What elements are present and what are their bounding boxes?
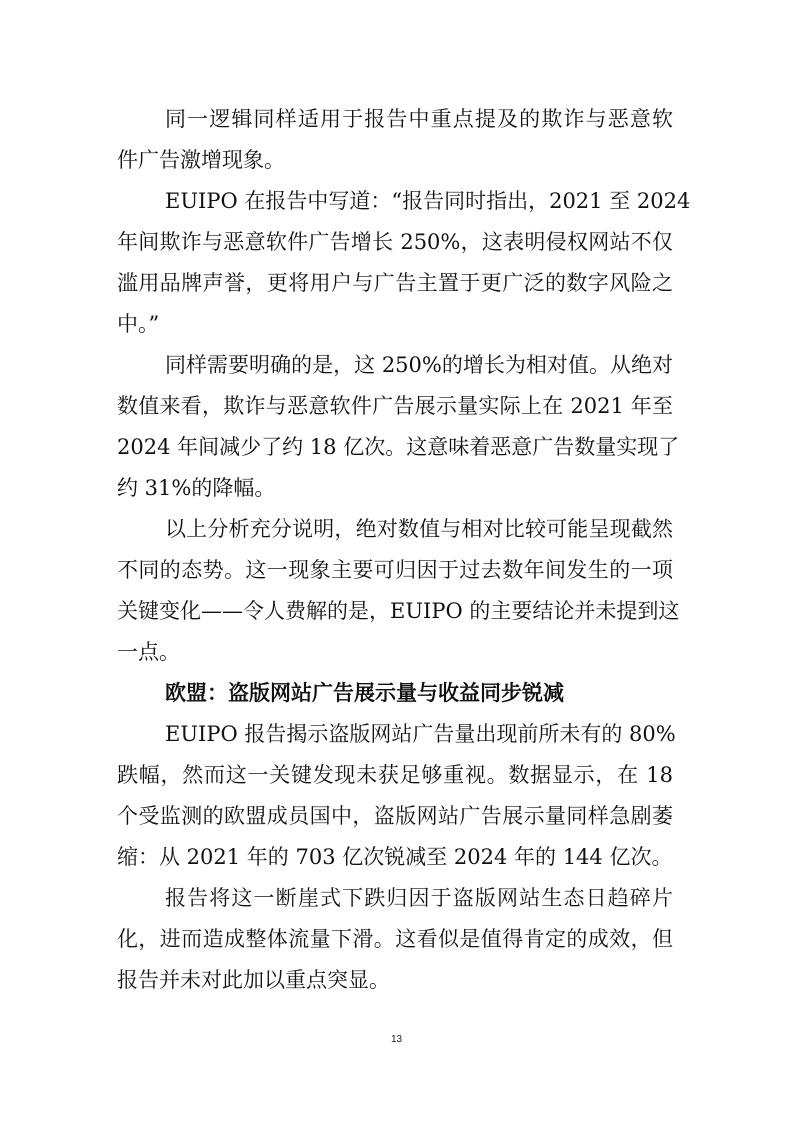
text-line: 报告并未对此加以重点突显。	[117, 960, 673, 1001]
text-line: 不同的态势。这一现象主要可归因于过去数年间发生的一项	[117, 550, 673, 591]
text-line: 关键变化——令人费解的是，EUIPO 的主要结论并未提到这	[117, 591, 673, 632]
text-line: 个受监测的欧盟成员国中，盗版网站广告展示量同样急剧萎	[117, 796, 673, 837]
paragraph-euipo-quote: EUIPO 在报告中写道：“报告同时指出，2021 至 2024 年间欺诈与恶意…	[117, 181, 673, 345]
text-line: 中。”	[117, 304, 673, 345]
text-line: 同一逻辑同样适用于报告中重点提及的欺诈与恶意软	[117, 99, 673, 140]
document-page: 同一逻辑同样适用于报告中重点提及的欺诈与恶意软 件广告激增现象。 EUIPO 在…	[117, 99, 673, 1001]
text-line: 缩：从 2021 年的 703 亿次锐减至 2024 年的 144 亿次。	[117, 837, 673, 878]
text-line: 化，进而造成整体流量下滑。这看似是值得肯定的成效，但	[117, 919, 673, 960]
text-line: 同样需要明确的是，这 250%的增长为相对值。从绝对	[117, 345, 673, 386]
section-heading: 欧盟：盗版网站广告展示量与收益同步锐减	[117, 673, 673, 714]
text-line: EUIPO 在报告中写道：“报告同时指出，2021 至 2024	[117, 181, 673, 222]
paragraph-piracy-decline: EUIPO 报告揭示盗版网站广告量出现前所未有的 80% 跌幅，然而这一关键发现…	[117, 714, 673, 878]
heading-text: 欧盟：盗版网站广告展示量与收益同步锐减	[117, 673, 673, 714]
paragraph-analysis: 以上分析充分说明，绝对数值与相对比较可能呈现截然 不同的态势。这一现象主要可归因…	[117, 509, 673, 673]
paragraph-fraud-malware-surge: 同一逻辑同样适用于报告中重点提及的欺诈与恶意软 件广告激增现象。	[117, 99, 673, 181]
text-line: 跌幅，然而这一关键发现未获足够重视。数据显示，在 18	[117, 755, 673, 796]
text-line: 滥用品牌声誉，更将用户与广告主置于更广泛的数字风险之	[117, 263, 673, 304]
text-line: 一点。	[117, 632, 673, 673]
text-line: 报告将这一断崖式下跌归因于盗版网站生态日趋碎片	[117, 878, 673, 919]
paragraph-relative-value: 同样需要明确的是，这 250%的增长为相对值。从绝对 数值来看，欺诈与恶意软件广…	[117, 345, 673, 509]
text-line: 年间欺诈与恶意软件广告增长 250%，这表明侵权网站不仅	[117, 222, 673, 263]
text-line: 件广告激增现象。	[117, 140, 673, 181]
text-line: 以上分析充分说明，绝对数值与相对比较可能呈现截然	[117, 509, 673, 550]
page-number: 13	[0, 1034, 793, 1045]
paragraph-fragmentation: 报告将这一断崖式下跌归因于盗版网站生态日趋碎片 化，进而造成整体流量下滑。这看似…	[117, 878, 673, 1001]
text-line: 2024 年间减少了约 18 亿次。这意味着恶意广告数量实现了	[117, 427, 673, 468]
text-line: 数值来看，欺诈与恶意软件广告展示量实际上在 2021 年至	[117, 386, 673, 427]
text-line: 约 31%的降幅。	[117, 468, 673, 509]
text-line: EUIPO 报告揭示盗版网站广告量出现前所未有的 80%	[117, 714, 673, 755]
